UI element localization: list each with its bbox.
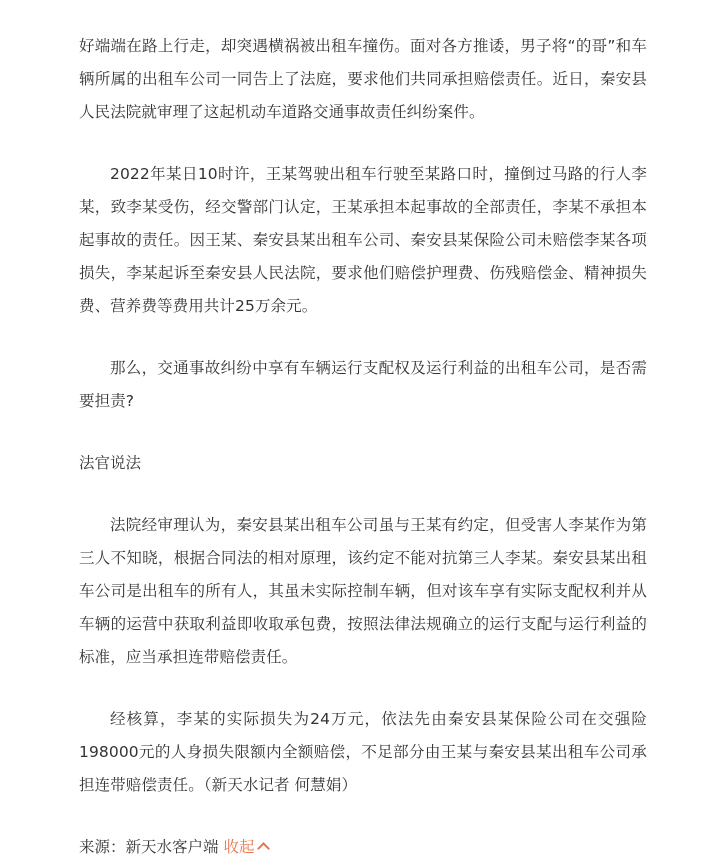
section-heading: 法官说法 <box>79 447 647 480</box>
ruling-paragraph: 法院经审理认为，秦安县某出租车公司虽与王某有约定，但受害人李某作为第三人不知晓，… <box>79 509 647 674</box>
verdict-paragraph: 经核算，李某的实际损失为24万元，依法先由秦安县某保险公司在交强险198000元… <box>79 703 647 774</box>
question-paragraph: 那么，交通事故纠纷中享有车辆运行支配权及运行利益的出租车公司，是否需要担责? <box>79 352 647 418</box>
intro-paragraph: 好端端在路上行走，却突遇横祸被出租车撞伤。面对各方推诿，男子将“的哥”和车辆所属… <box>79 30 647 129</box>
article-body: 好端端在路上行走，却突遇横祸被出租车撞伤。面对各方推诿，男子将“的哥”和车辆所属… <box>79 30 647 774</box>
case-facts-paragraph: 2022年某日10时许，王某驾驶出租车行驶至某路口时，撞倒过马路的行人李某，致李… <box>79 158 647 323</box>
